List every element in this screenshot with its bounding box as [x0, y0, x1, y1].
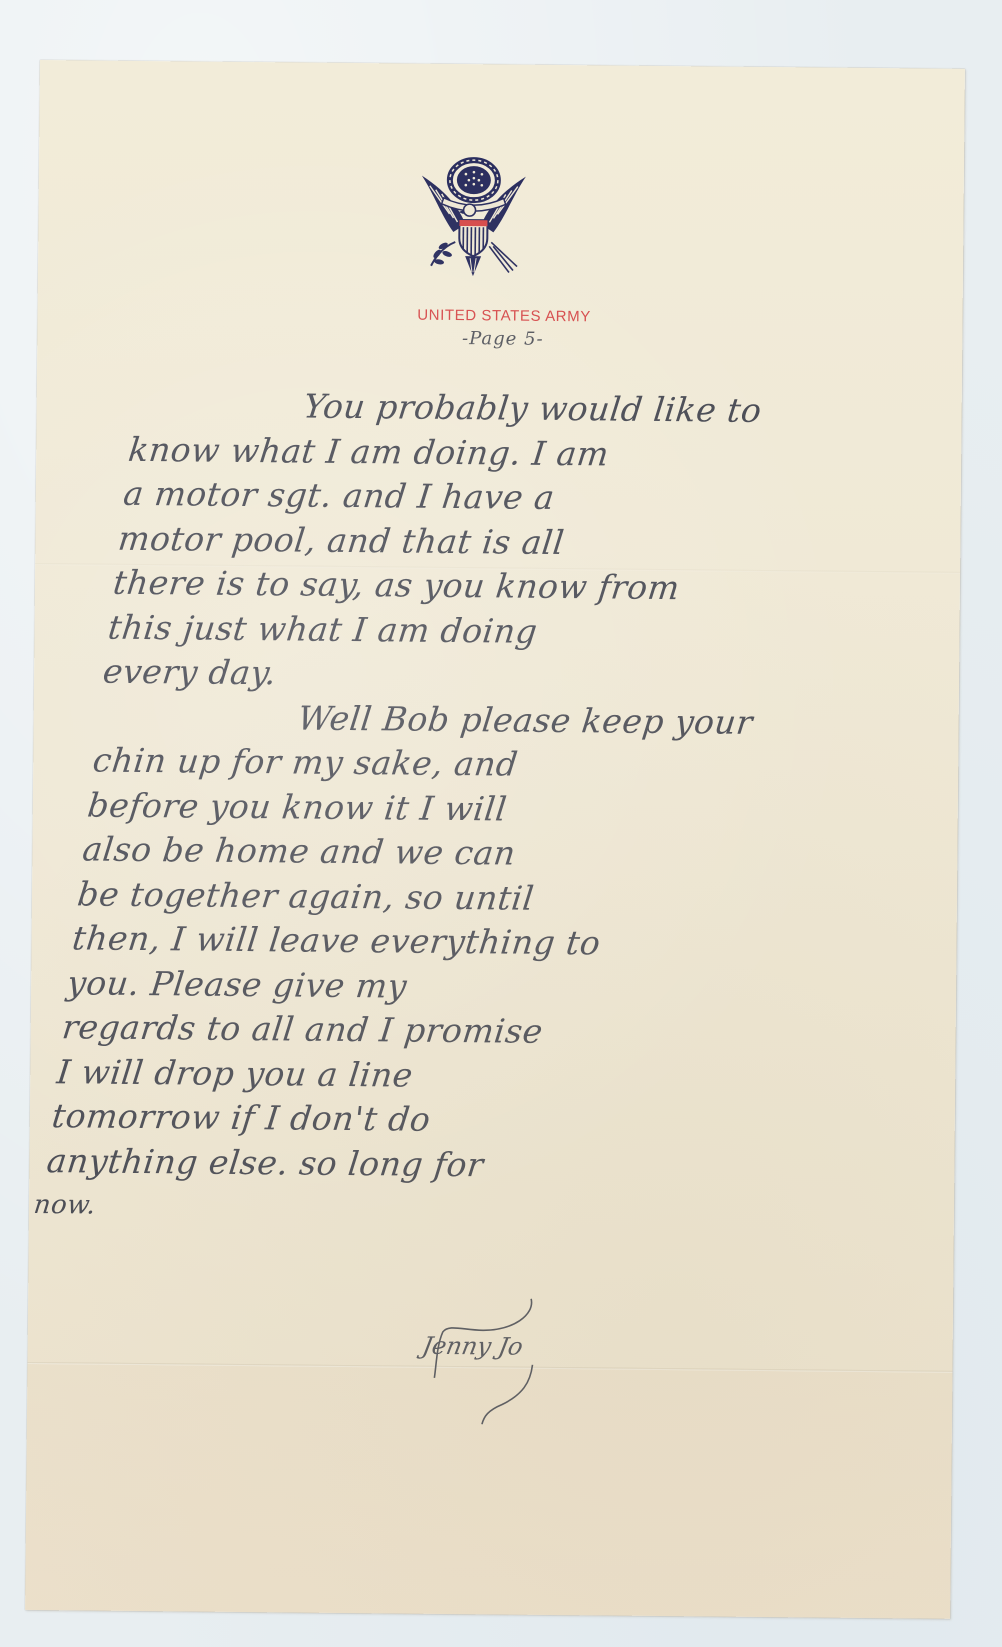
letter-line: this just what I am doing — [106, 605, 891, 657]
letter-line: chin up for my sake, and — [90, 739, 875, 791]
letter-line: every day. — [101, 650, 886, 702]
letter-line: anything else. so long for — [44, 1139, 829, 1191]
great-seal-eagle-icon — [413, 154, 534, 285]
letter-line: know what I am doing. I am — [126, 427, 911, 479]
letter-line: there is to say, as you know from — [111, 561, 896, 613]
letter-line: motor pool, and that is all — [116, 516, 901, 568]
letter-line: before you know it I will — [85, 783, 870, 835]
page-label: -Page 5- — [37, 324, 962, 354]
letter-line: tomorrow if I don't do — [50, 1094, 835, 1146]
letter-line: also be home and we can — [80, 827, 865, 879]
letter-line: Well Bob please keep your — [96, 694, 881, 746]
letter-line: be together again, so until — [75, 872, 860, 924]
letter-line: regards to all and I promise — [60, 1005, 845, 1057]
signature: Jenny Jo — [420, 1332, 525, 1361]
letter-body: You probably would like to know what I a… — [39, 383, 916, 1235]
letter-paper: UNITED STATES ARMY -Page 5- You probably… — [25, 60, 965, 1619]
letter-line: a motor sgt. and I have a — [121, 472, 906, 524]
letter-line: I will drop you a line — [55, 1050, 840, 1102]
letter-line: You probably would like to — [131, 383, 916, 435]
letter-line: now. — [31, 1183, 824, 1235]
letter-line: you. Please give my — [65, 961, 850, 1013]
letter-line: then, I will leave everything to — [70, 916, 855, 968]
